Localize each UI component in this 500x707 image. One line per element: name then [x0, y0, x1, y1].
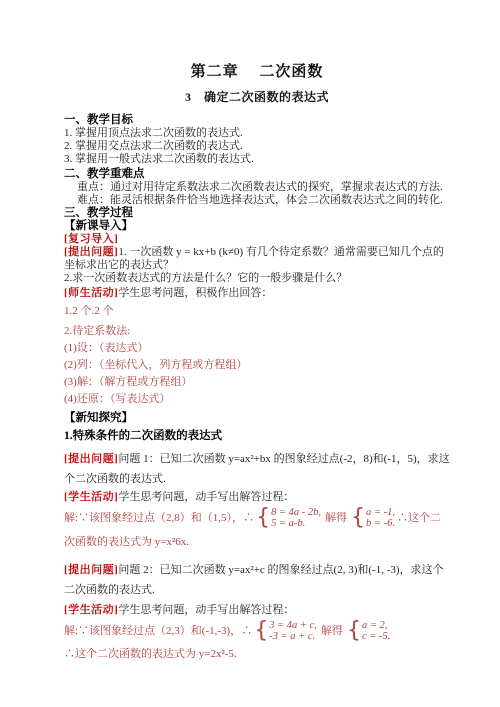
left-brace-icon: { — [254, 620, 268, 642]
question-1-text: 1. 一次函数 y = kx+b (k≠0) 有几个待定系数？通常需要已知几个点… — [64, 246, 444, 271]
result-row: b = -6. — [366, 518, 395, 529]
result-row: a = -1, — [366, 507, 395, 518]
equation-system-2: {3 = 4a + c,-3 = a + c. — [254, 620, 317, 642]
section-title: 3 确定二次函数的表达式 — [64, 88, 450, 105]
review-intro-tag: [复习导入] — [64, 233, 450, 246]
problem-2-paragraph: [提出问题]问题 2：已知二次函数 y=ax²+c 的图象经过点(2, 3)和(… — [64, 560, 450, 600]
student-activity-tag-1: [学生活动] — [64, 491, 118, 503]
therefore-symbol: ∴ — [241, 625, 252, 637]
objective-item-2: 2. 掌握用交点法求二次函数的表达式. — [64, 140, 450, 153]
objective-item-3: 3. 掌握用一般式法求二次函数的表达式. — [64, 153, 450, 166]
equation-system-1: {8 = 4a - 2b,5 = a-b. — [256, 507, 321, 529]
solve-word: 解得 — [321, 625, 343, 637]
final-conclusion: ∴这个二次函数的表达式为 y=2x²-5. — [64, 648, 450, 661]
activity-1-text: 学生思考问题，积极作出回答： — [118, 287, 272, 299]
heading-key-points: 二、教学重难点 — [64, 168, 450, 181]
method-step-4: (4)还原：（写表达式） — [64, 393, 450, 406]
result-system-2: {a = 2,c = -5. — [347, 620, 390, 642]
solution-2-premise: 解:∵该图象经过点（2,3）和(-1,-3)， — [64, 625, 241, 637]
propose-question-tag-2: [提出问题] — [64, 453, 118, 465]
activity-2-text: 学生思考问题，动手写出解答过程： — [118, 491, 294, 503]
activity-3-paragraph: [学生活动]学生思考问题，动手写出解答过程： — [64, 604, 450, 617]
propose-question-tag-3: [提出问题] — [64, 564, 118, 576]
method-step-2: (2)列：（坐标代入，列方程或方程组） — [64, 359, 450, 372]
topic-1-title: 1.特殊条件的二次函数的表达式 — [64, 430, 450, 443]
solution-1: 解:∵该图象经过点（2,8）和（1,5），∴{8 = 4a - 2b,5 = a… — [64, 506, 450, 554]
method-step-1: (1)设：（表达式） — [64, 342, 450, 355]
problem-2-text: 问题 2：已知二次函数 y=ax²+c 的图象经过点(2, 3)和(-1, -3… — [64, 564, 444, 596]
activity-3-text: 学生思考问题，动手写出解答过程： — [118, 604, 294, 616]
equation-row: 3 = 4a + c, — [269, 620, 317, 631]
problem-1-text: 问题 1：已知二次函数 y=ax²+bx 的图象经过点(-2，8)和(-1，5)… — [64, 453, 450, 485]
result-row: c = -5. — [362, 631, 390, 642]
solve-word: 解得 — [325, 512, 347, 524]
activity-2-paragraph: [学生活动]学生思考问题，动手写出解答过程： — [64, 491, 450, 504]
objective-item-1: 1. 掌握用顶点法求二次函数的表达式. — [64, 127, 450, 140]
answer-1: 1.2 个.2 个 — [64, 305, 450, 318]
left-brace-icon: { — [347, 620, 361, 642]
method-title: 2.待定系数法: — [64, 325, 450, 338]
heading-new-knowledge: 【新知探究】 — [64, 412, 450, 425]
solution-2: 解:∵该图象经过点（2,3）和(-1,-3)，∴{3 = 4a + c,-3 =… — [64, 619, 450, 643]
heading-objectives: 一、教学目标 — [64, 114, 450, 127]
left-brace-icon: { — [256, 507, 270, 529]
teacher-student-activity-tag: [师生活动] — [64, 287, 118, 299]
chapter-title: 第二章 二次函数 — [64, 60, 450, 81]
problem-1-paragraph: [提出问题]问题 1：已知二次函数 y=ax²+bx 的图象经过点(-2，8)和… — [64, 449, 450, 489]
heading-new-lesson-intro: 【新课导入】 — [64, 220, 450, 233]
student-activity-tag-2: [学生活动] — [64, 604, 118, 616]
result-row: a = 2, — [362, 620, 390, 631]
question-1-paragraph: [提出问题]1. 一次函数 y = kx+b (k≠0) 有几个待定系数？通常需… — [64, 246, 450, 272]
review-intro-tag-label: [复习导入] — [64, 233, 118, 245]
heading-process: 三、教学过程 — [64, 207, 450, 220]
solution-1-premise: 解:∵该图象经过点（2,8）和（1,5）， — [64, 512, 243, 524]
propose-question-tag-1: [提出问题] — [64, 246, 118, 258]
key-point-difficulty: 难点：能灵活根据条件恰当地选择表达式，体会二次函数表达式之间的转化. — [64, 194, 450, 207]
activity-1-paragraph: [师生活动]学生思考问题，积极作出回答： — [64, 287, 450, 300]
document-page: 第二章 二次函数 3 确定二次函数的表达式 一、教学目标 1. 掌握用顶点法求二… — [0, 0, 500, 707]
key-point-main: 重点：通过对用待定系数法求二次函数表达式的探究，掌握求表达式的方法. — [64, 181, 450, 194]
method-step-3: (3)解：（解方程或方程组） — [64, 376, 450, 389]
result-system-1: {a = -1,b = -6. — [351, 507, 395, 529]
therefore-symbol: ∴ — [243, 512, 254, 524]
equation-row: 5 = a-b. — [271, 518, 321, 529]
question-2-text: 2.求一次函数表达式的方法是什么？它的一般步骤是什么？ — [64, 272, 450, 285]
left-brace-icon: { — [351, 507, 365, 529]
equation-row: 8 = 4a - 2b, — [271, 507, 321, 518]
equation-row: -3 = a + c. — [269, 631, 317, 642]
